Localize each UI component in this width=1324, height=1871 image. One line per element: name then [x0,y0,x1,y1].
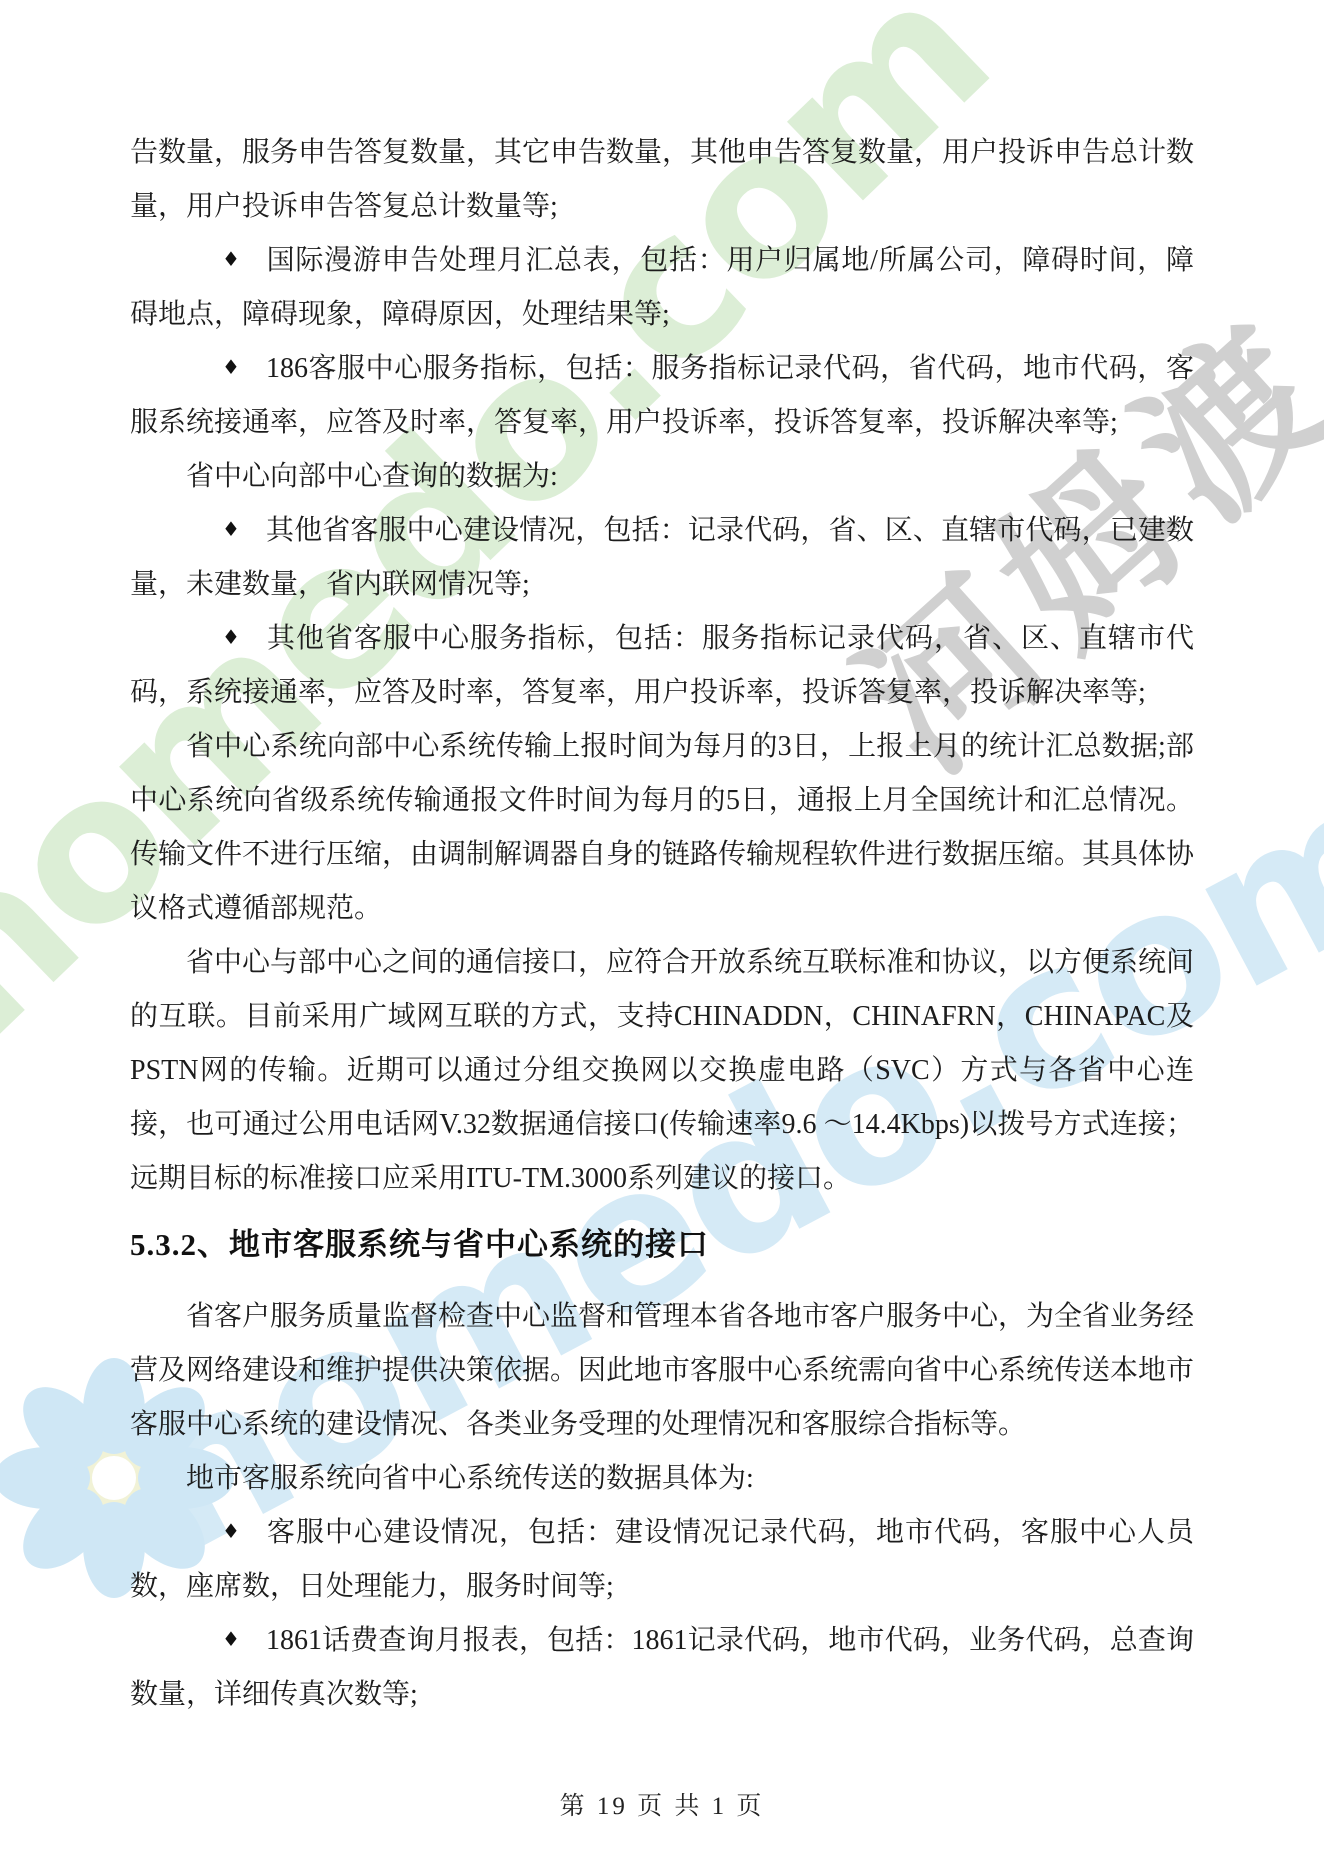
diamond-bullet-icon: ♦ [176,357,240,377]
bullet-item: ♦国际漫游申告处理月汇总表，包括：用户归属地/所属公司，障碍时间，障碍地点，障碍… [130,234,1194,342]
bullet-item: ♦1861话费查询月报表，包括：1861记录代码，地市代码，业务代码，总查询数量… [130,1614,1194,1722]
diamond-bullet-icon: ♦ [176,1629,240,1649]
paragraph-text: 其他省客服中心建设情况，包括：记录代码，省、区、直辖市代码，已建数量，未建数量，… [130,515,1194,600]
paragraph: 省中心与部中心之间的通信接口，应符合开放系统互联标准和协议，以方便系统间的互联。… [130,936,1194,1206]
paragraph-text: 1861话费查询月报表，包括：1861记录代码，地市代码，业务代码，总查询数量，… [130,1625,1194,1710]
paragraph: 省客户服务质量监督检查中心监督和管理本省各地市客户服务中心，为全省业务经营及网络… [130,1290,1194,1452]
bullet-item: ♦客服中心建设情况，包括：建设情况记录代码，地市代码，客服中心人员数，座席数，日… [130,1506,1194,1614]
paragraph-text: 客服中心建设情况，包括：建设情况记录代码，地市代码，客服中心人员数，座席数，日处… [130,1517,1194,1602]
bullet-item: ♦186客服中心服务指标，包括：服务指标记录代码，省代码，地市代码，客服系统接通… [130,342,1194,450]
paragraph-text: 地市客服系统向省中心系统传送的数据具体为: [186,1463,754,1494]
diamond-bullet-icon: ♦ [176,249,240,269]
paragraph-text: 省中心与部中心之间的通信接口，应符合开放系统互联标准和协议，以方便系统间的互联。… [130,947,1194,1194]
paragraph-text: 告数量，服务申告答复数量，其它申告数量，其他申告答复数量，用户投诉申告总计数量，… [130,137,1194,222]
diamond-bullet-icon: ♦ [176,1521,240,1541]
diamond-bullet-icon: ♦ [176,627,240,647]
paragraph-text: 省中心系统向部中心系统传输上报时间为每月的3日，上报上月的统计汇总数据;部中心系… [130,731,1194,924]
section-heading: 5.3.2、地市客服系统与省中心系统的接口 [130,1222,1194,1268]
paragraph-text: 国际漫游申告处理月汇总表，包括：用户归属地/所属公司，障碍时间，障碍地点，障碍现… [130,245,1194,330]
paragraph: 告数量，服务申告答复数量，其它申告数量，其他申告答复数量，用户投诉申告总计数量，… [130,126,1194,234]
document-body: 告数量，服务申告答复数量，其它申告数量，其他申告答复数量，用户投诉申告总计数量，… [0,0,1324,1722]
bullet-item: ♦其他省客服中心建设情况，包括：记录代码，省、区、直辖市代码，已建数量，未建数量… [130,504,1194,612]
page-footer: 第 19 页 共 1 页 [0,1786,1324,1822]
bullet-item: ♦其他省客服中心服务指标，包括：服务指标记录代码，省、区、直辖市代码，系统接通率… [130,612,1194,720]
document-page: homedo.com homedo.com 河姆渡 告数量，服务申告答复数量，其… [0,0,1324,1871]
paragraph: 省中心向部中心查询的数据为: [130,450,1194,504]
paragraph-text: 186客服中心服务指标，包括：服务指标记录代码，省代码，地市代码，客服系统接通率… [130,353,1194,438]
paragraph-text: 省客户服务质量监督检查中心监督和管理本省各地市客户服务中心，为全省业务经营及网络… [130,1301,1194,1440]
paragraph-text: 5.3.2、地市客服系统与省中心系统的接口 [130,1227,709,1262]
paragraph-text: 其他省客服中心服务指标，包括：服务指标记录代码，省、区、直辖市代码，系统接通率，… [130,623,1194,708]
paragraph: 省中心系统向部中心系统传输上报时间为每月的3日，上报上月的统计汇总数据;部中心系… [130,720,1194,936]
diamond-bullet-icon: ♦ [176,519,240,539]
paragraph-text: 省中心向部中心查询的数据为: [186,461,558,492]
paragraph: 地市客服系统向省中心系统传送的数据具体为: [130,1452,1194,1506]
